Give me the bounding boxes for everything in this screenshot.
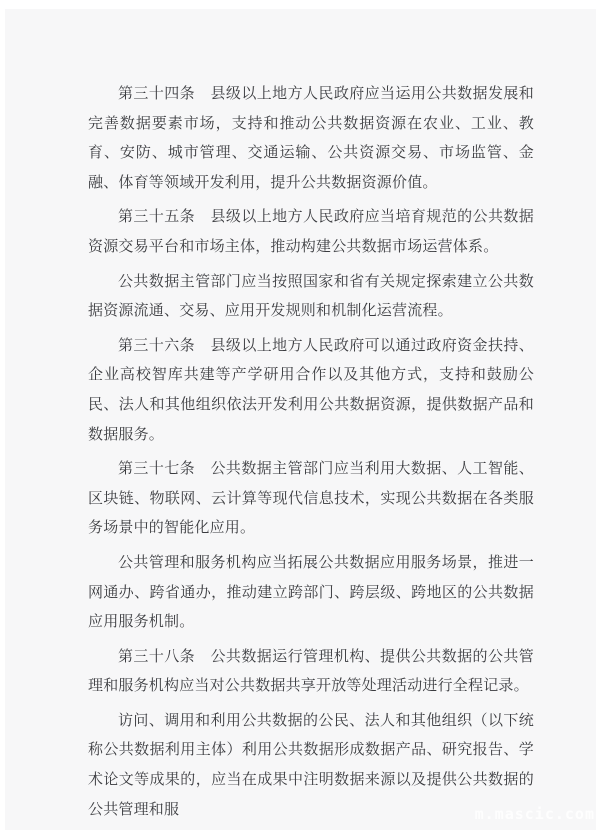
- article-paragraph-36: 第三十六条 县级以上地方人民政府可以通过政府资金扶持、企业高校智库共建等产学研用…: [88, 331, 534, 449]
- article-paragraph-37: 第三十七条 公共数据主管部门应当利用大数据、人工智能、区块链、物联网、云计算等现…: [88, 454, 534, 543]
- document-text-block: 第三十四条 县级以上地方人民政府应当运用公共数据发展和完善数据要素市场，支持和推…: [88, 79, 534, 829]
- article-paragraph-37-clause-2: 公共管理和服务机构应当拓展公共数据应用服务场景，推进一网通办、跨省通办，推动建立…: [88, 548, 534, 637]
- site-watermark: m.mascic.com: [475, 805, 595, 823]
- document-page: 第三十四条 县级以上地方人民政府应当运用公共数据发展和完善数据要素市场，支持和推…: [5, 9, 596, 830]
- article-paragraph-35-clause-2: 公共数据主管部门应当按照国家和省有关规定探索建立公共数据资源流通、交易、应用开发…: [88, 267, 534, 326]
- article-paragraph-38: 第三十八条 公共数据运行管理机构、提供公共数据的公共管理和服务机构应当对公共数据…: [88, 642, 534, 701]
- article-paragraph-34: 第三十四条 县级以上地方人民政府应当运用公共数据发展和完善数据要素市场，支持和推…: [88, 79, 534, 197]
- article-paragraph-38-clause-2: 访问、调用和利用公共数据的公民、法人和其他组织（以下统称公共数据利用主体）利用公…: [88, 706, 534, 824]
- document-viewport: 第三十四条 县级以上地方人民政府应当运用公共数据发展和完善数据要素市场，支持和推…: [0, 0, 596, 830]
- article-paragraph-35: 第三十五条 县级以上地方人民政府应当培育规范的公共数据资源交易平台和市场主体，推…: [88, 202, 534, 261]
